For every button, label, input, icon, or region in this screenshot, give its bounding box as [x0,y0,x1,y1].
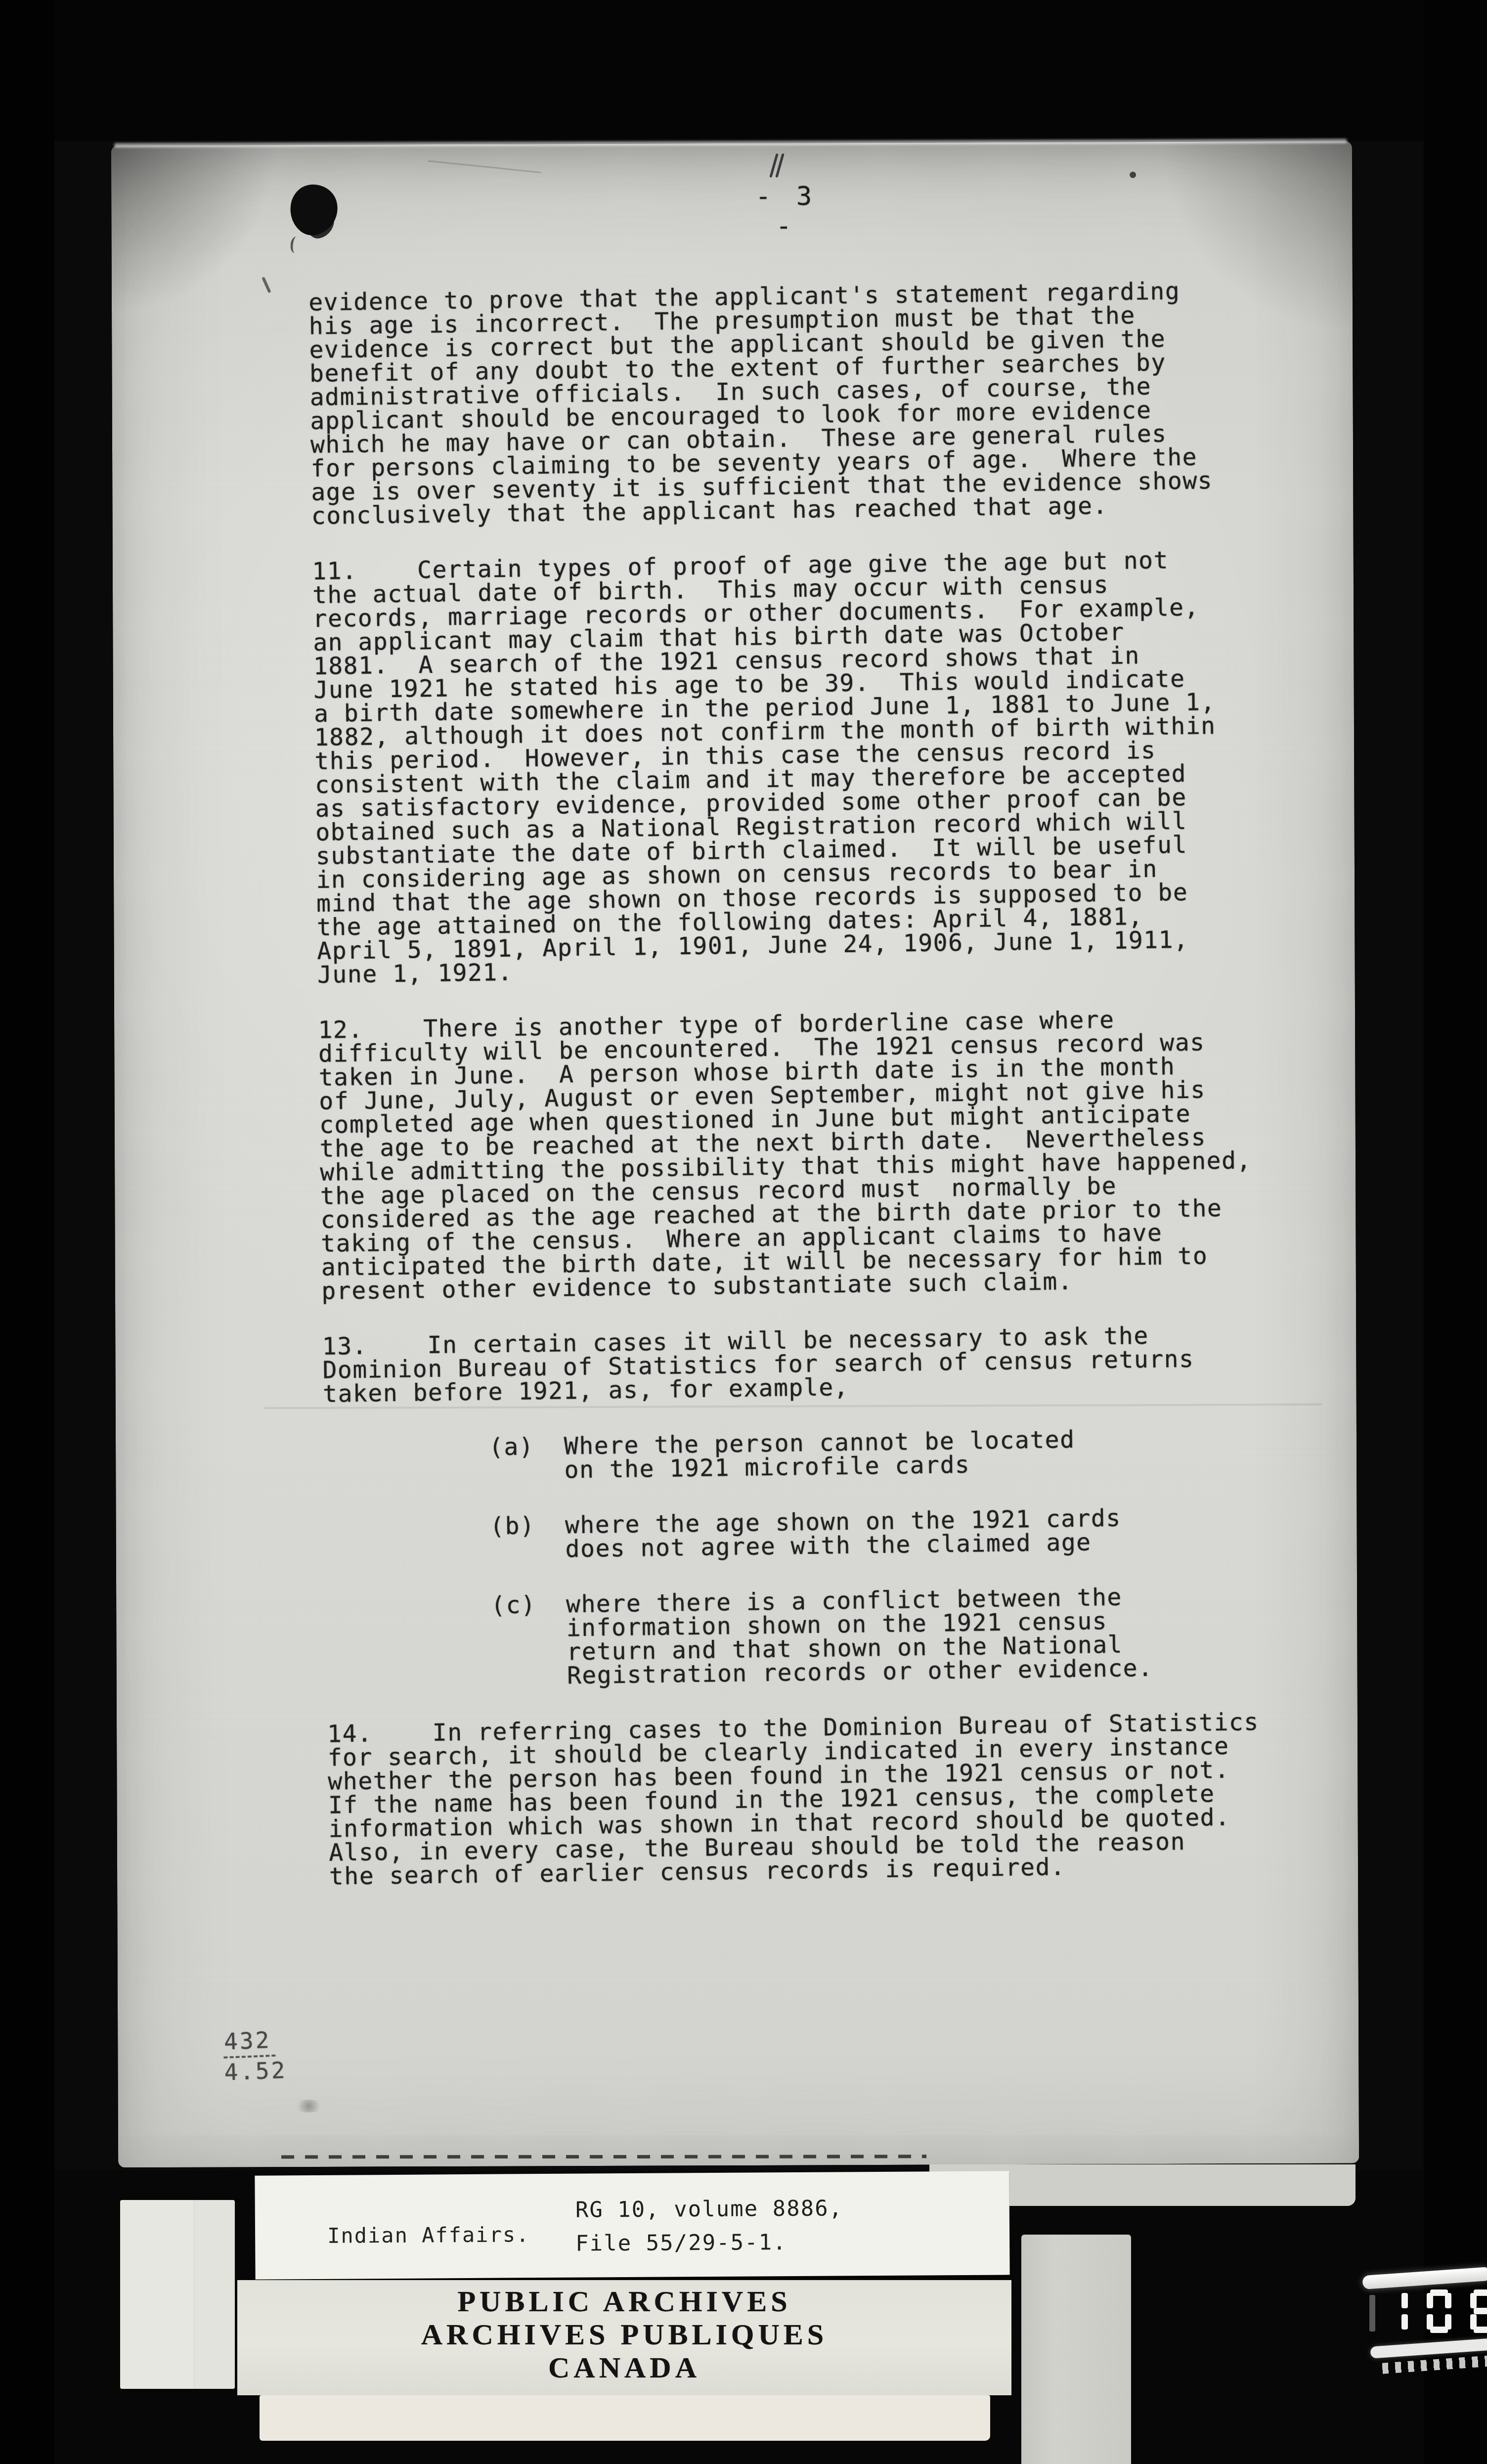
counter-top-bar [1362,2267,1487,2289]
counter-bottom-bar [1370,2338,1487,2358]
archive-label-card: Indian Affairs. RG 10, volume 8886, File… [255,2171,1009,2279]
archives-stamp: PUBLIC ARCHIVES ARCHIVES PUBLIQUES CANAD… [237,2280,1011,2395]
paragraph-13a: (a) Where the person cannot be located o… [323,1424,1327,1485]
label-reference-line1: RG 10, volume 8886, [575,2192,843,2227]
counter-digit-1 [1401,2293,1408,2330]
smudge-mark [294,2100,324,2112]
film-white-band-right [1021,2235,1131,2464]
document-page: - 3 - evidence to prove that the applica… [111,141,1359,2168]
stamp-line-2: ARCHIVES PUBLIQUES [237,2318,1011,2351]
paragraph-13: 13. In certain cases it will be necessar… [322,1321,1327,1406]
film-white-block-left [120,2200,235,2389]
dust-speck [1130,172,1136,178]
paragraph-13b: (b) where the age shown on the 1921 card… [324,1503,1328,1564]
stray-mark [262,277,271,293]
film-scratch [428,160,541,173]
frame-counter [1355,2259,1487,2383]
handwritten-line-1: 432 [222,2027,275,2059]
counter-digit-0 [1427,2289,1451,2333]
label-reference: RG 10, volume 8886, File 55/29-5-1. [575,2192,843,2260]
page-number: - 3 - [744,181,828,241]
counter-teeth [1382,2355,1487,2374]
label-reference-line2: File 55/29-5-1. [575,2225,843,2260]
counter-window-edge [1369,2295,1375,2332]
film-background: - 3 - evidence to prove that the applica… [0,0,1487,2464]
paragraph-12: 12. There is another type of borderline … [318,1005,1325,1303]
pen-tick-mark [773,153,786,178]
typed-text: evidence to prove that the applicant's s… [308,277,1333,1888]
paragraph-intro: evidence to prove that the applicant's s… [308,277,1315,528]
handwritten-line-2: 4.52 [224,2057,288,2085]
film-white-strip-bottom [260,2395,990,2441]
page-bottom-dashed-edge [281,2155,926,2158]
paragraph-11: 11. Certain types of proof of age give t… [312,546,1321,986]
microfilm-scan: { "document": { "page_number": "- 3 -", … [0,0,1487,2464]
handwritten-note: 432 4.52 [222,2026,287,2085]
paragraph-14: 14. In referring cases to the Dominion B… [327,1709,1333,1889]
label-department: Indian Affairs. [327,2222,530,2247]
stamp-line-1: PUBLIC ARCHIVES [237,2285,1011,2318]
ink-blot [286,180,343,239]
stamp-line-3: CANADA [237,2351,1011,2384]
paragraph-13c: (c) where there is a conflict between th… [325,1583,1330,1691]
counter-digits [1379,2289,1487,2333]
counter-digit-8 [1470,2289,1487,2333]
